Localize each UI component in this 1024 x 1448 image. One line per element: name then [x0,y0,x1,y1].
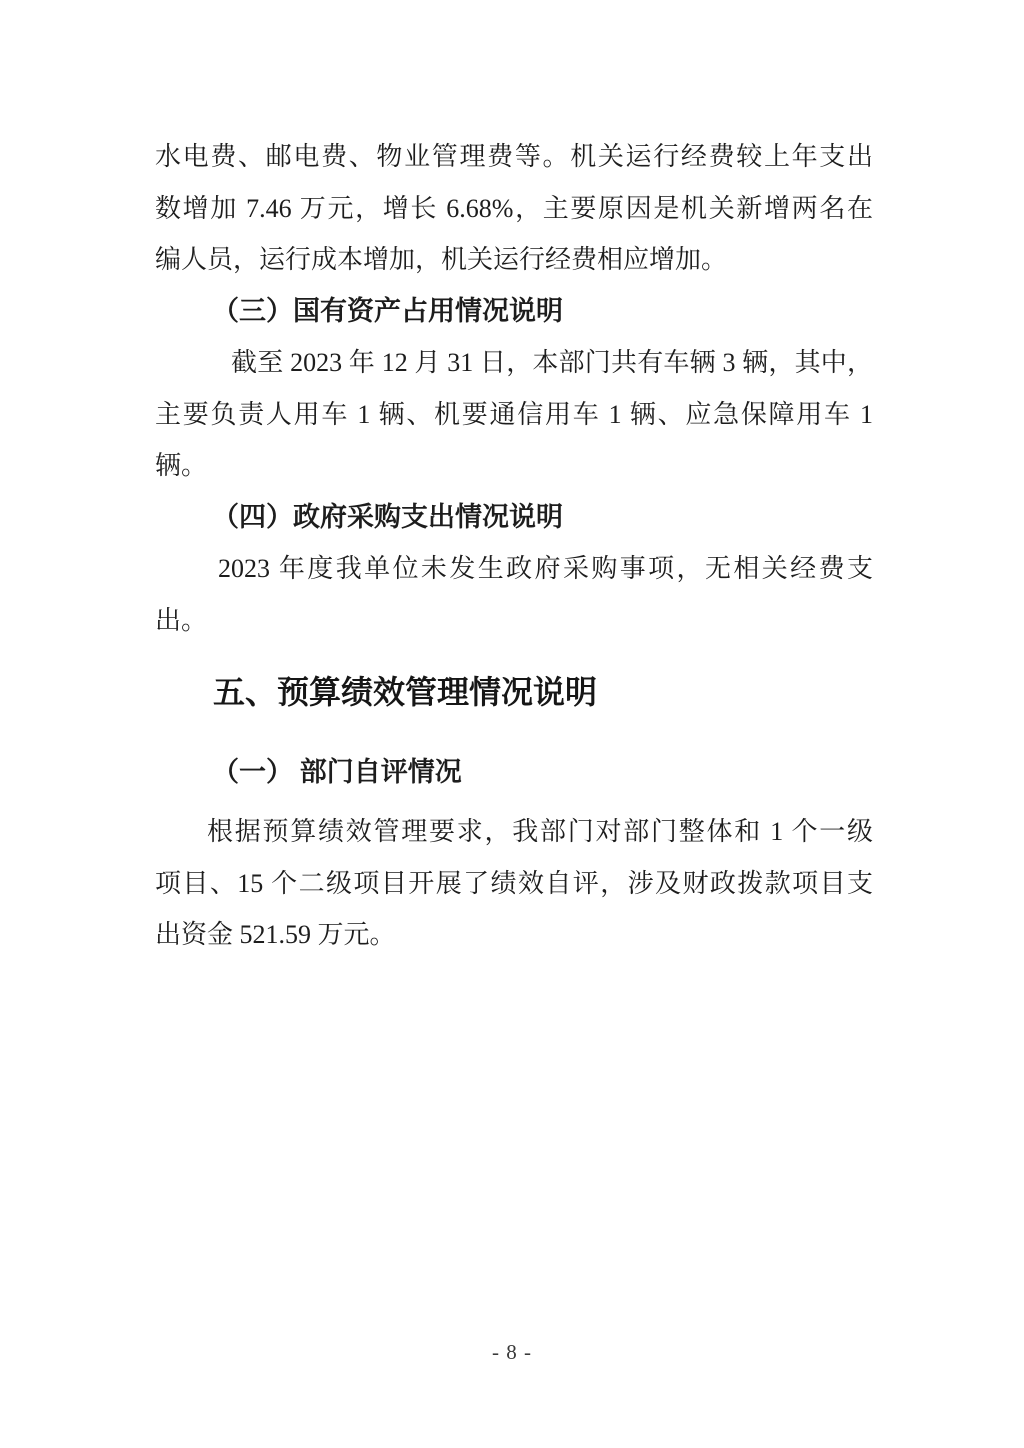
text-line: 数增加 7.46 万元，增长 6.68%，主要原因是机关新增两名在 [155,183,873,235]
text-line: 出。 [155,595,873,647]
heading-government-procurement: （四）政府采购支出情况说明 [155,492,873,544]
text-line: 截至 2023 年 12 月 31 日，本部门共有车辆 3 辆，其中， [155,337,873,389]
page-footer: - 8 - [0,1340,1024,1364]
heading-department-self-evaluation: （一） 部门自评情况 [155,747,873,799]
document-content: 水电费、邮电费、物业管理费等。机关运行经费较上年支出 数增加 7.46 万元，增… [155,131,873,961]
text-line: 项目、15 个二级项目开展了绩效自评，涉及财政拨款项目支 [155,858,873,910]
heading-state-owned-assets: （三）国有资产占用情况说明 [155,286,873,338]
heading-budget-performance-management: 五、预算绩效管理情况说明 [155,667,873,719]
page-number: - 8 - [492,1340,532,1364]
text-line: 出资金 521.59 万元。 [155,909,873,961]
text-line: 编人员，运行成本增加，机关运行经费相应增加。 [155,234,873,286]
text-line: 根据预算绩效管理要求，我部门对部门整体和 1 个一级 [155,806,873,858]
document-page: 水电费、邮电费、物业管理费等。机关运行经费较上年支出 数增加 7.46 万元，增… [0,0,1024,1448]
text-line: 辆。 [155,440,873,492]
text-line: 水电费、邮电费、物业管理费等。机关运行经费较上年支出 [155,131,873,183]
paragraph-procurement-statement: 2023 年度我单位未发生政府采购事项，无相关经费支 出。 [155,543,873,646]
text-line: 2023 年度我单位未发生政府采购事项，无相关经费支 [155,543,873,595]
paragraph-vehicles: 截至 2023 年 12 月 31 日，本部门共有车辆 3 辆，其中， 主要负责… [155,337,873,492]
paragraph-operating-expenses-continued: 水电费、邮电费、物业管理费等。机关运行经费较上年支出 数增加 7.46 万元，增… [155,131,873,286]
text-line: 主要负责人用车 1 辆、机要通信用车 1 辆、应急保障用车 1 [155,389,873,441]
paragraph-self-evaluation: 根据预算绩效管理要求，我部门对部门整体和 1 个一级 项目、15 个二级项目开展… [155,806,873,961]
